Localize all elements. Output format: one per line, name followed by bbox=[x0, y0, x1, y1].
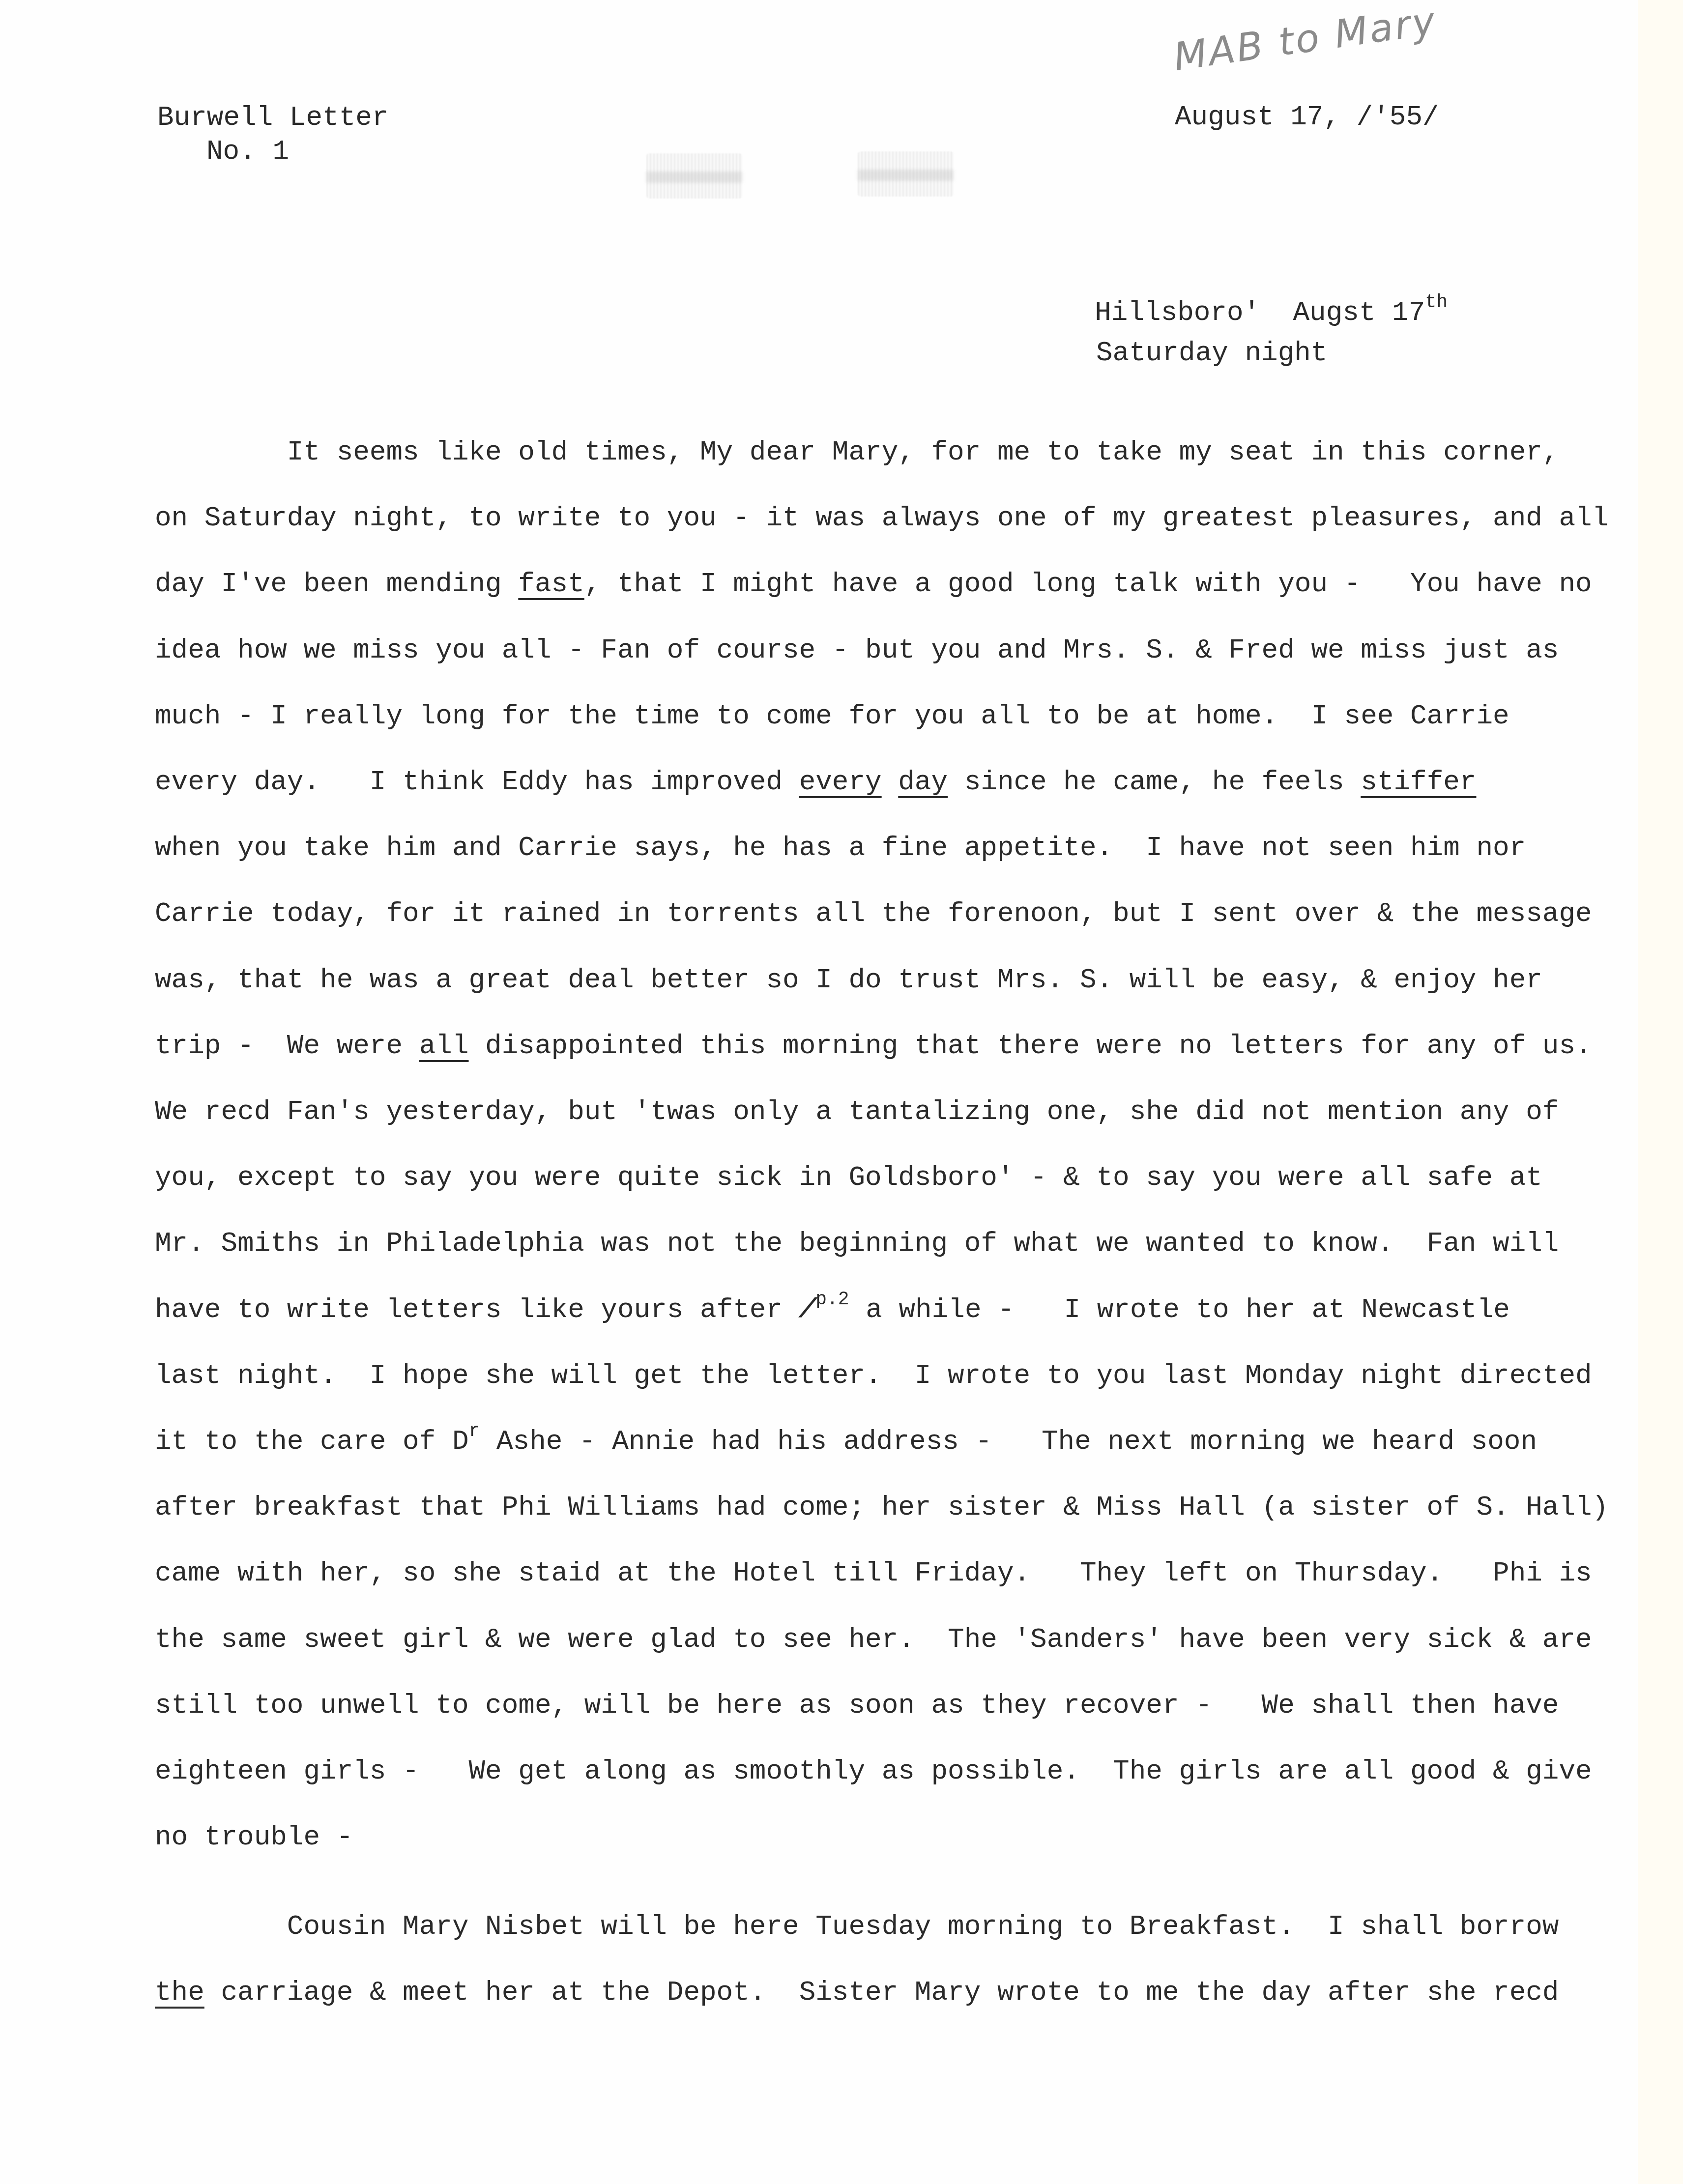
letter-line: when you take him and Carrie says, he ha… bbox=[155, 834, 1526, 862]
header-letter-number: No. 1 bbox=[206, 138, 289, 165]
letter-line: We recd Fan's yesterday, but 'twas only … bbox=[155, 1098, 1559, 1125]
letter-line: last night. I hope she will get the lett… bbox=[155, 1362, 1592, 1389]
letter-line: after breakfast that Phi Williams had co… bbox=[155, 1494, 1608, 1521]
line-text: a while - I wrote to her at Newcastle bbox=[849, 1294, 1510, 1325]
header-title: Burwell Letter bbox=[157, 104, 388, 131]
line-text: Carrie today, for it rained in torrents … bbox=[155, 898, 1592, 929]
line-text: no trouble - bbox=[155, 1821, 353, 1853]
place-date-text: Hillsboro' Augst 17 bbox=[1095, 297, 1425, 328]
place-date-superscript: th bbox=[1425, 292, 1448, 313]
line-text: have to write letters like yours after bbox=[155, 1294, 799, 1325]
line-text: Mr. Smiths in Philadelphia was not the b… bbox=[155, 1228, 1559, 1259]
line-text: carriage & meet her at the Depot. Sister… bbox=[204, 1977, 1559, 2008]
letter-line: much - I really long for the time to com… bbox=[155, 702, 1509, 730]
line-text: last night. I hope she will get the lett… bbox=[155, 1360, 1592, 1391]
letter-line: still too unwell to come, will be here a… bbox=[155, 1692, 1559, 1719]
line-text: was, that he was a great deal better so … bbox=[155, 964, 1542, 996]
letter-line: on Saturday night, to write to you - it … bbox=[155, 504, 1608, 532]
line-text: , that I might have a good long talk wit… bbox=[584, 568, 1592, 600]
letter-line: Carrie today, for it rained in torrents … bbox=[155, 900, 1592, 927]
line-text: it to the care of D bbox=[155, 1426, 469, 1457]
erased-pencil-smudge bbox=[858, 151, 954, 197]
line-text: eighteen girls - We get along as smoothl… bbox=[155, 1755, 1592, 1787]
underlined-word: stiffer bbox=[1361, 766, 1476, 798]
line-text: on Saturday night, to write to you - it … bbox=[155, 502, 1608, 534]
letter-line: no trouble - bbox=[155, 1823, 353, 1851]
underlined-word: fast bbox=[518, 568, 584, 600]
line-text: idea how we miss you all - Fan of course… bbox=[155, 634, 1559, 666]
line-text: since he came, he feels bbox=[948, 766, 1361, 798]
letter-line: trip - We were all disappointed this mor… bbox=[155, 1032, 1592, 1060]
line-text: We recd Fan's yesterday, but 'twas only … bbox=[155, 1096, 1559, 1127]
line-text bbox=[882, 766, 899, 798]
letter-line: idea how we miss you all - Fan of course… bbox=[155, 636, 1559, 664]
erased-pencil-smudge bbox=[646, 153, 742, 199]
superscript: p.2 bbox=[815, 1289, 849, 1310]
line-text: Ashe - Annie had his address - The next … bbox=[480, 1426, 1537, 1457]
underlined-word: day bbox=[898, 766, 948, 798]
letter-line: It seems like old times, My dear Mary, f… bbox=[155, 438, 1559, 466]
letter-line: day I've been mending fast, that I might… bbox=[155, 570, 1592, 598]
header-date: August 17, /'55/ bbox=[1175, 103, 1439, 131]
line-text: came with her, so she staid at the Hotel… bbox=[155, 1557, 1592, 1589]
place-date-line: Hillsboro' Augst 17th bbox=[1062, 271, 1448, 326]
scan-edge-strip bbox=[1638, 0, 1683, 2184]
line-text: much - I really long for the time to com… bbox=[155, 700, 1509, 732]
line-text: disappointed this morning that there wer… bbox=[469, 1030, 1592, 1062]
line-text: day I've been mending bbox=[155, 568, 518, 600]
line-text: when you take him and Carrie says, he ha… bbox=[155, 832, 1526, 863]
underlined-word: all bbox=[419, 1030, 469, 1062]
line-text: the same sweet girl & we were glad to se… bbox=[155, 1624, 1592, 1655]
letter-line: Mr. Smiths in Philadelphia was not the b… bbox=[155, 1230, 1559, 1257]
underlined-word: every bbox=[799, 766, 882, 798]
letter-line: the carriage & meet her at the Depot. Si… bbox=[155, 1979, 1559, 2006]
letter-line: you, except to say you were quite sick i… bbox=[155, 1164, 1542, 1191]
letter-line: every day. I think Eddy has improved eve… bbox=[155, 768, 1476, 796]
line-text: trip - We were bbox=[155, 1030, 419, 1062]
letter-line: eighteen girls - We get along as smoothl… bbox=[155, 1757, 1592, 1785]
underlined-word: the bbox=[155, 1977, 204, 2008]
line-text: every day. I think Eddy has improved bbox=[155, 766, 799, 798]
letter-line: came with her, so she staid at the Hotel… bbox=[155, 1559, 1592, 1587]
letter-line: it to the care of Dr Ashe - Annie had hi… bbox=[155, 1428, 1537, 1455]
line-text: you, except to say you were quite sick i… bbox=[155, 1162, 1542, 1193]
day-line: Saturday night bbox=[1096, 339, 1327, 367]
superscript: r bbox=[469, 1421, 480, 1442]
letter-line: Cousin Mary Nisbet will be here Tuesday … bbox=[155, 1913, 1559, 1940]
letter-line: the same sweet girl & we were glad to se… bbox=[155, 1626, 1592, 1653]
line-text: Cousin Mary Nisbet will be here Tuesday … bbox=[155, 1911, 1559, 1942]
line-text: It seems like old times, My dear Mary, f… bbox=[155, 436, 1559, 468]
letter-line: was, that he was a great deal better so … bbox=[155, 966, 1542, 994]
pencil-annotation: MAB to Mary bbox=[1171, 0, 1440, 80]
letter-line: have to write letters like yours after /… bbox=[155, 1296, 1510, 1323]
line-text: still too unwell to come, will be here a… bbox=[155, 1690, 1559, 1721]
line-text: after breakfast that Phi Williams had co… bbox=[155, 1492, 1608, 1523]
